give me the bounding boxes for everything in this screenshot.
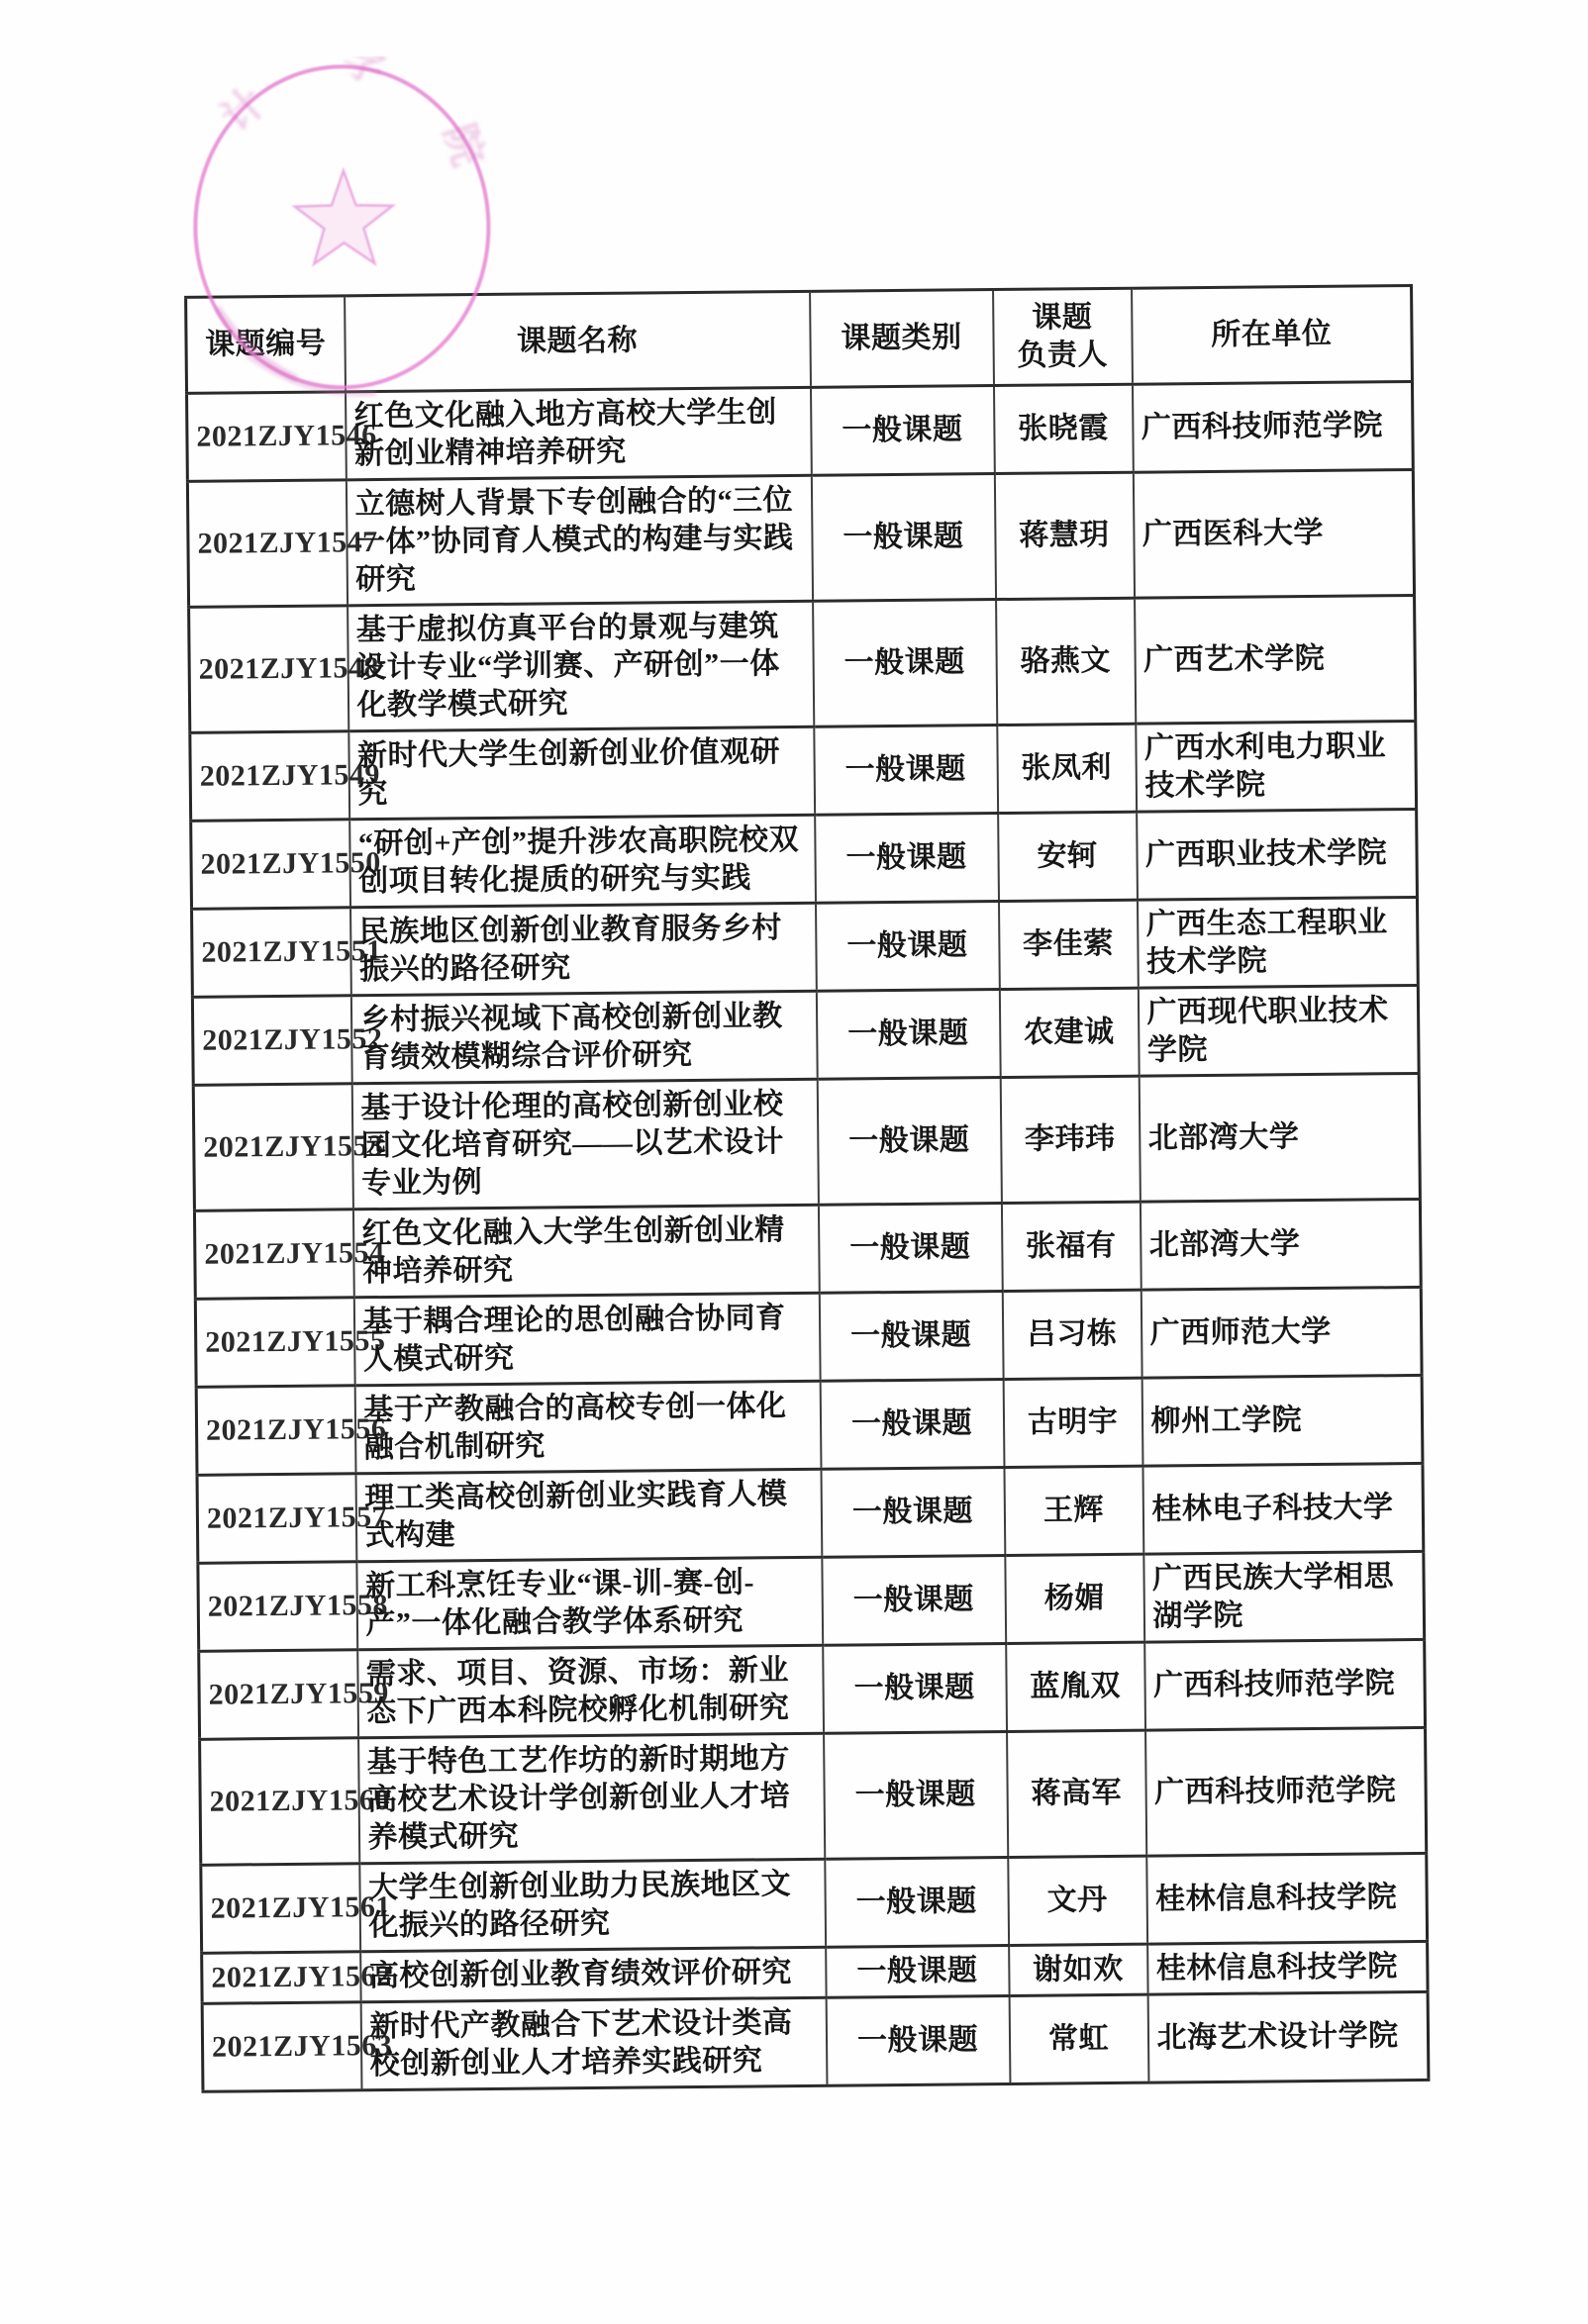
category-cell: 一般课题 [815, 902, 999, 992]
leader-cell: 王辉 [1004, 1466, 1143, 1555]
project-title-cell: 基于虚拟仿真平台的景观与建筑设计专业“学训赛、产研创”一体化教学模式研究 [347, 601, 814, 731]
project-title-cell: 理工类高校创新创业实践育人模式构建 [355, 1469, 822, 1562]
unit-cell: 广西科技师范学院 [1132, 381, 1413, 472]
table-row: 2021ZJY1559需求、项目、资源、市场：新业态下广西本科院校孵化机制研究一… [199, 1639, 1426, 1739]
project-title-cell: 乡村振兴视域下高校创新创业教育绩效模糊综合评价研究 [350, 991, 817, 1084]
table-row: 2021ZJY1551民族地区创新创业教育服务乡村振兴的路径研究一般课题李佳萦广… [192, 897, 1419, 997]
unit-cell: 北部湾大学 [1140, 1199, 1421, 1290]
column-header: 课题类别 [810, 290, 994, 388]
unit-cell: 广西医科大学 [1133, 469, 1414, 598]
column-header: 所在单位 [1132, 285, 1413, 384]
project-id-cell: 2021ZJY1547 [187, 480, 347, 608]
table-row: 2021ZJY1552乡村振兴视域下高校创新创业教育绩效模糊综合评价研究一般课题… [192, 985, 1419, 1085]
project-id-cell: 2021ZJY1562 [202, 1952, 360, 2004]
unit-cell: 北部湾大学 [1139, 1073, 1420, 1202]
project-title-cell: 基于耦合理论的思创融合协同育人模式研究 [353, 1293, 820, 1386]
unit-cell: 广西师范大学 [1141, 1287, 1422, 1378]
category-cell: 一般课题 [825, 1857, 1009, 1947]
table-row: 2021ZJY1555基于耦合理论的思创融合协同育人模式研究一般课题吕习栋广西师… [195, 1287, 1422, 1387]
project-title-cell: “研创+产创”提升涉农高职院校双创项目转化提质的研究与实践 [349, 815, 816, 908]
category-cell: 一般课题 [810, 386, 994, 476]
project-id-cell: 2021ZJY1556 [196, 1386, 355, 1476]
project-id-cell: 2021ZJY1552 [192, 996, 351, 1086]
project-id-cell: 2021ZJY1561 [201, 1864, 360, 1954]
table-row: 2021ZJY1550“研创+产创”提升涉农高职院校双创项目转化提质的研究与实践… [191, 809, 1418, 909]
category-cell: 一般课题 [819, 1292, 1003, 1382]
project-title-cell: 新时代大学生创新创业价值观研究 [348, 726, 815, 820]
project-title-cell: 基于设计伦理的高校创新创业校园文化培育研究——以艺术设计专业为例 [351, 1079, 818, 1210]
category-cell: 一般课题 [826, 1945, 1009, 1997]
unit-cell: 广西科技师范学院 [1144, 1639, 1426, 1730]
column-header: 课题 负责人 [993, 288, 1133, 385]
star-icon [294, 170, 393, 264]
unit-cell: 北海艺术设计学院 [1147, 1991, 1429, 2082]
table-row: 2021ZJY1547立德树人背景下专创融合的“三位一体”协同育人模式的构建与实… [187, 469, 1414, 607]
table-row: 2021ZJY1554红色文化融入大学生创新创业精神培养研究一般课题张福有北部湾… [194, 1199, 1421, 1299]
project-id-cell: 2021ZJY1553 [193, 1084, 352, 1211]
leader-cell: 张凤利 [997, 724, 1137, 813]
project-id-cell: 2021ZJY1546 [187, 392, 347, 482]
unit-cell: 广西生态工程职业技术学院 [1137, 897, 1418, 988]
leader-cell: 蒋高军 [1007, 1730, 1146, 1857]
table-row: 2021ZJY1561大学生创新创业助力民族地区文化振兴的路径研究一般课题文丹桂… [201, 1853, 1428, 1953]
project-title-cell: 需求、项目、资源、市场：新业态下广西本科院校孵化机制研究 [357, 1645, 824, 1738]
table-row: 2021ZJY1549新时代大学生创新创业价值观研究一般课题张凤利广西水利电力职… [190, 721, 1417, 821]
project-title-cell: 基于产教融合的高校专创一体化融合机制研究 [354, 1381, 821, 1474]
project-id-cell: 2021ZJY1563 [202, 2002, 361, 2092]
category-cell: 一般课题 [823, 1643, 1007, 1733]
project-title-cell: 大学生创新创业助力民族地区文化振兴的路径研究 [359, 1859, 826, 1952]
column-header: 课题编号 [186, 296, 346, 394]
category-cell: 一般课题 [821, 1468, 1005, 1558]
table-row: 2021ZJY1563新时代产教融合下艺术设计类高校创新创业人才培养实践研究一般… [202, 1991, 1429, 2091]
table-row: 2021ZJY1558新工科烹饪专业“课-训-赛-创-产”一体化融合教学体系研究… [198, 1551, 1425, 1651]
unit-cell: 广西水利电力职业技术学院 [1136, 721, 1417, 812]
unit-cell: 广西职业技术学院 [1137, 809, 1418, 900]
project-title-cell: 立德树人背景下专创融合的“三位一体”协同育人模式的构建与实践研究 [346, 475, 812, 606]
project-title-cell: 民族地区创新创业教育服务乡村振兴的路径研究 [350, 903, 817, 996]
category-cell: 一般课题 [814, 726, 998, 816]
project-id-cell: 2021ZJY1554 [194, 1210, 353, 1300]
leader-cell: 李玮玮 [1000, 1076, 1140, 1203]
unit-cell: 广西艺术学院 [1135, 595, 1416, 724]
leader-cell: 安轲 [998, 812, 1138, 901]
category-cell: 一般课题 [826, 1995, 1010, 2085]
leader-cell: 谢如欢 [1009, 1944, 1147, 1995]
leader-cell: 常虹 [1009, 1994, 1148, 2083]
unit-cell: 桂林信息科技学院 [1147, 1941, 1428, 1994]
project-title-cell: 高校创新创业教育绩效评价研究 [360, 1947, 826, 2002]
project-title-cell: 新工科烹饪专业“课-训-赛-创-产”一体化融合教学体系研究 [356, 1557, 823, 1650]
project-id-cell: 2021ZJY1555 [195, 1298, 354, 1388]
category-cell: 一般课题 [811, 474, 995, 602]
project-id-cell: 2021ZJY1560 [200, 1738, 359, 1866]
project-title-cell: 基于特色工艺作坊的新时期地方高校艺术设计学创新创业人才培养模式研究 [358, 1733, 825, 1864]
leader-cell: 杨媚 [1005, 1554, 1144, 1643]
unit-cell: 柳州工学院 [1141, 1375, 1423, 1466]
category-cell: 一般课题 [817, 1078, 1001, 1206]
project-id-cell: 2021ZJY1548 [189, 606, 348, 733]
category-cell: 一般课题 [816, 990, 1000, 1080]
category-cell: 一般课题 [820, 1380, 1004, 1470]
project-title-cell: 红色文化融入地方高校大学生创新创业精神培养研究 [346, 387, 812, 480]
table-row: 2021ZJY1556基于产教融合的高校专创一体化融合机制研究一般课题古明宇柳州… [196, 1375, 1423, 1475]
project-id-cell: 2021ZJY1549 [190, 731, 349, 822]
project-title-cell: 新时代产教融合下艺术设计类高校创新创业人才培养实践研究 [360, 1997, 827, 2090]
unit-cell: 广西民族大学相思湖学院 [1143, 1551, 1425, 1642]
unit-cell: 广西现代职业技术学院 [1138, 985, 1419, 1076]
project-id-cell: 2021ZJY1559 [199, 1650, 358, 1740]
table-header-row: 课题编号课题名称课题类别课题 负责人所在单位 [186, 285, 1413, 393]
leader-cell: 李佳萦 [998, 900, 1138, 989]
scanned-page: 计 学 院 课题编号课题名称课题类别课题 负责人所在单位 2021ZJY1546… [0, 0, 1588, 2324]
unit-cell: 广西科技师范学院 [1145, 1727, 1427, 1856]
table-row: 2021ZJY1553基于设计伦理的高校创新创业校园文化培育研究——以艺术设计专… [193, 1073, 1420, 1210]
column-header: 课题名称 [345, 291, 811, 392]
leader-cell: 古明宇 [1003, 1378, 1142, 1467]
leader-cell: 张晓霞 [993, 384, 1133, 473]
leader-cell: 蓝胤双 [1006, 1642, 1145, 1731]
leader-cell: 蒋慧玥 [994, 472, 1134, 599]
unit-cell: 桂林信息科技学院 [1146, 1853, 1428, 1944]
project-title-cell: 红色文化融入大学生创新创业精神培养研究 [352, 1205, 819, 1298]
projects-table: 课题编号课题名称课题类别课题 负责人所在单位 2021ZJY1546红色文化融入… [184, 284, 1430, 2093]
project-id-cell: 2021ZJY1550 [191, 820, 350, 910]
unit-cell: 桂林电子科技大学 [1142, 1463, 1424, 1554]
category-cell: 一般课题 [824, 1731, 1008, 1859]
category-cell: 一般课题 [815, 814, 999, 904]
leader-cell: 文丹 [1008, 1856, 1147, 1945]
leader-cell: 吕习栋 [1002, 1290, 1141, 1379]
seal-arc-text: 计 学 院 [212, 55, 501, 207]
category-cell: 一般课题 [818, 1204, 1002, 1294]
table-row: 2021ZJY1560基于特色工艺作坊的新时期地方高校艺术设计学创新创业人才培养… [200, 1727, 1427, 1865]
leader-cell: 农建诚 [999, 988, 1139, 1077]
project-id-cell: 2021ZJY1551 [192, 908, 351, 998]
table-row: 2021ZJY1557理工类高校创新创业实践育人模式构建一般课题王辉桂林电子科技… [197, 1463, 1424, 1563]
category-cell: 一般课题 [822, 1555, 1006, 1645]
leader-cell: 张福有 [1001, 1202, 1141, 1291]
category-cell: 一般课题 [813, 600, 997, 727]
table-row: 2021ZJY1546红色文化融入地方高校大学生创新创业精神培养研究一般课题张晓… [187, 381, 1414, 481]
project-id-cell: 2021ZJY1557 [197, 1474, 356, 1564]
project-id-cell: 2021ZJY1558 [198, 1562, 357, 1652]
table-row: 2021ZJY1548基于虚拟仿真平台的景观与建筑设计专业“学训赛、产研创”一体… [189, 595, 1416, 732]
leader-cell: 骆燕文 [996, 598, 1136, 725]
